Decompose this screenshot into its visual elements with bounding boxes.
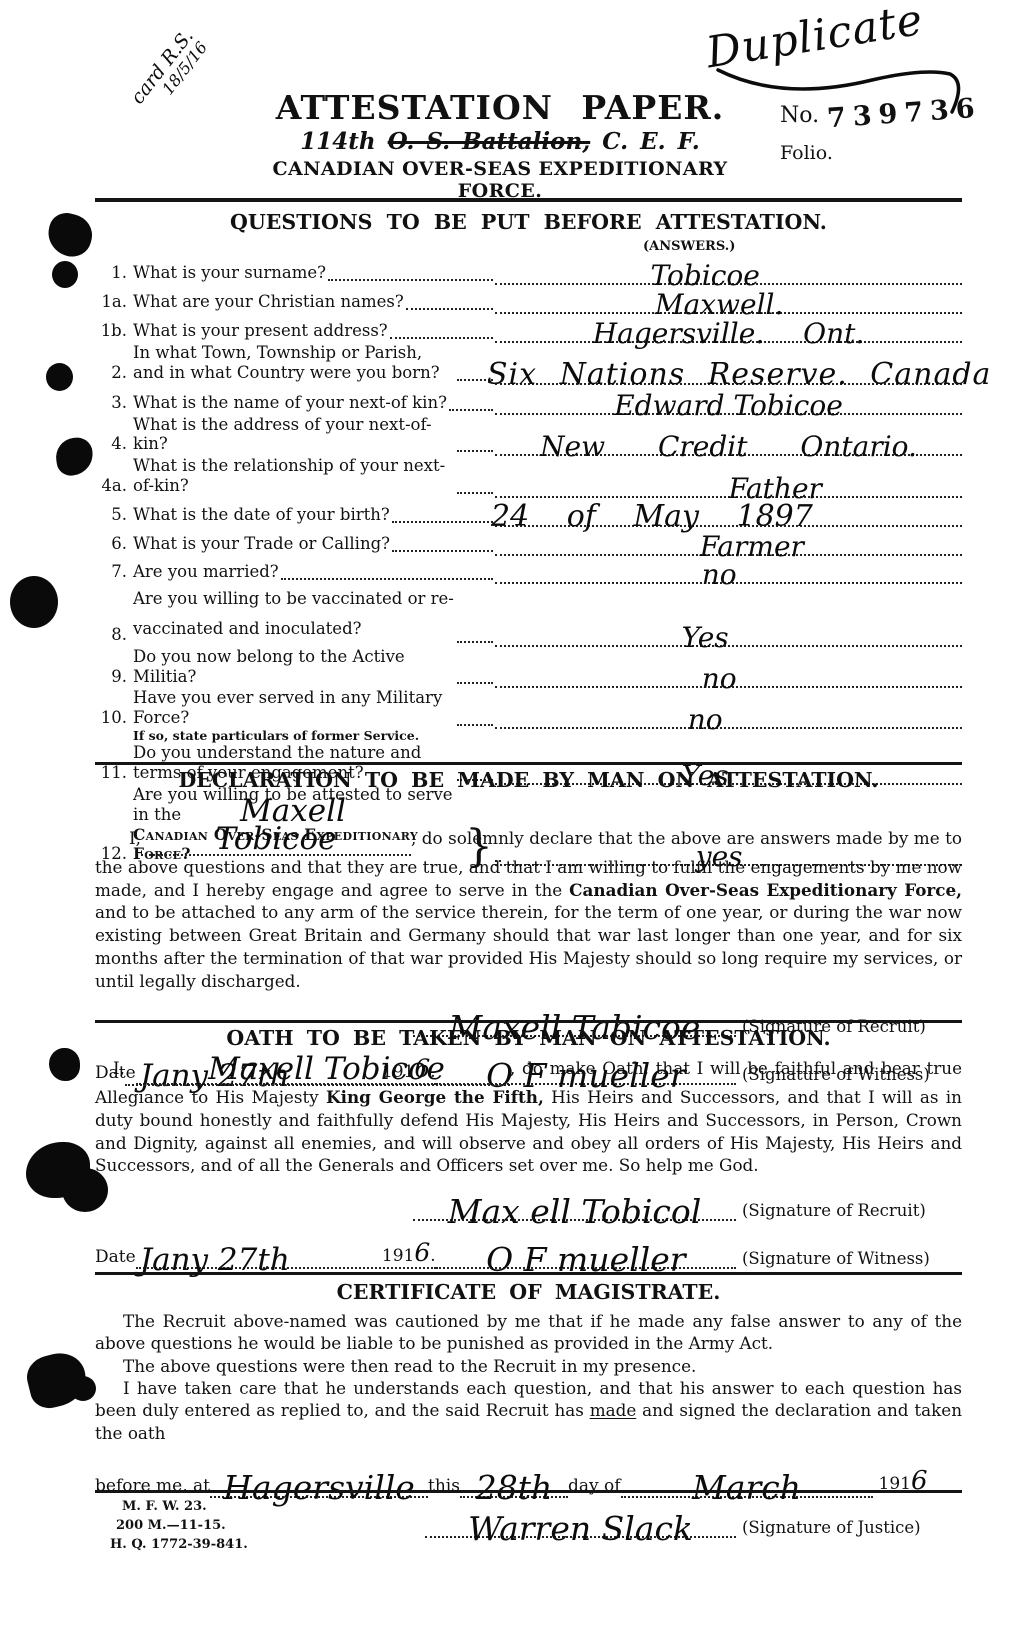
question-text: Do you now belong to the Active Militia?	[133, 647, 455, 689]
handwritten-answer: Tobicoe	[650, 262, 759, 290]
certificate-title: CERTIFICATE OF MAGISTRATE.	[95, 1280, 962, 1304]
answer-line: Father	[495, 496, 962, 498]
handwritten-answer: no	[688, 706, 723, 734]
handwritten-answer: Yes	[682, 624, 729, 652]
ink-blot	[62, 1168, 108, 1212]
handwritten-answer: New Credit Ontario.	[540, 433, 917, 461]
oath-date-row: Date Jany 27th 1916. O F mueller (Signat…	[95, 1231, 962, 1269]
oath-name-handwritten: Maxell Tobicoe	[125, 1056, 510, 1086]
answer-line: Hagersville. Ont.	[495, 341, 962, 343]
witness-signature-line: O F mueller	[436, 1267, 736, 1269]
attestation-paper-document: card R.S. 18/5/16 Duplicate ATTESTATION …	[0, 0, 1013, 1632]
justice-signature-handwritten: Warren Slack	[468, 1512, 693, 1545]
form-code-line-3: H. Q. 1772-39-841.	[110, 1536, 248, 1555]
declaration-bold-force: Canadian Over-Seas Expeditionary Force,	[569, 880, 962, 900]
oath-section: OATH TO BE TAKEN BY MAN ON ATTESTATION. …	[95, 1026, 962, 1269]
answer-line: 24 of May 1897	[495, 525, 962, 527]
serial-number-stamp: 739736	[826, 93, 983, 135]
day-handwritten: 28th	[476, 1471, 553, 1504]
dotted-leader	[392, 521, 493, 523]
month-handwritten: March	[692, 1471, 801, 1504]
date-handwritten: Jany 27th	[140, 1247, 290, 1273]
question-number: 7.	[95, 562, 133, 584]
question-text: In what Town, Township or Parish, and in…	[133, 343, 455, 385]
handwritten-answer: Farmer	[700, 533, 804, 561]
question-row-10: 10.Have you ever served in any Military …	[95, 688, 962, 743]
question-text: What is your present address?	[133, 321, 388, 343]
question-number: 5.	[95, 505, 133, 527]
dotted-leader	[392, 550, 493, 552]
question-number: 3.	[95, 393, 133, 415]
question-number: 9.	[95, 667, 133, 689]
certificate-paragraph-3: I have taken care that he understands ea…	[95, 1377, 962, 1444]
this-label: this	[428, 1476, 460, 1498]
questions-section-title: QUESTIONS TO BE PUT BEFORE ATTESTATION.	[95, 210, 962, 234]
ink-blot	[54, 436, 96, 478]
question-note: If so, state particulars of former Servi…	[133, 728, 495, 743]
month-line: March	[621, 1496, 873, 1498]
dotted-leader	[457, 682, 493, 684]
form-code-line-1: M. F. W. 23.	[122, 1498, 248, 1517]
handwritten-answer: no	[702, 665, 737, 693]
question-number: 2.	[95, 363, 133, 385]
ink-blot	[52, 261, 78, 288]
handwritten-answer: 24 of May 1897	[491, 502, 813, 532]
answer-line: Maxwell.	[495, 312, 962, 314]
question-row-9: 9.Do you now belong to the Active Militi…	[95, 647, 962, 689]
question-text: What is the address of your next-of-kin?	[133, 415, 455, 457]
ink-blot	[44, 209, 97, 260]
dotted-leader	[457, 450, 493, 452]
question-number: 6.	[95, 534, 133, 556]
question-row-1a: 1a.What are your Christian names? Maxwel…	[95, 285, 962, 314]
question-row-7: 7.Are you married? no	[95, 556, 962, 584]
answer-line: Farmer	[495, 554, 962, 556]
document-title: ATTESTATION PAPER.	[230, 88, 770, 127]
signature-of-witness-label: (Signature of Witness)	[742, 1249, 962, 1269]
declaration-paragraph: I,Maxell Tobicoe, do solemnly declare th…	[95, 798, 962, 993]
question-number: 4a.	[95, 476, 133, 498]
justice-signature-line: Warren Slack	[425, 1536, 736, 1538]
recruit-signature-handwritten: Max ell Tobicol	[448, 1195, 702, 1228]
question-number: 1a.	[95, 292, 133, 314]
no-label: No.	[780, 103, 819, 128]
dotted-leader	[281, 578, 493, 580]
question-row-1: 1.What is your surname? Tobicoe	[95, 256, 962, 285]
oath-paragraph: I,Maxell Tobicoe, do make Oath, that I w…	[95, 1056, 962, 1177]
oath-divider-rule	[95, 1020, 962, 1023]
battalion-number: 114th	[300, 128, 375, 155]
year-printed: 191	[382, 1246, 414, 1266]
period: .	[430, 1246, 435, 1266]
answer-line: Edward Tobicoe	[495, 413, 962, 415]
handwritten-answer: no	[702, 561, 737, 589]
question-text: What is the date of your birth?	[133, 505, 390, 527]
declaration-divider-rule	[95, 762, 962, 765]
certificate-paragraph-1: The Recruit above-named was cautioned by…	[95, 1310, 962, 1355]
oath-recruit-signature-row: Max ell Tobicol (Signature of Recruit)	[95, 1185, 962, 1221]
ink-blot	[70, 1376, 96, 1401]
footer-divider-rule	[95, 1490, 962, 1493]
handwritten-answer: Edward Tobicoe	[614, 392, 843, 420]
dotted-leader	[457, 641, 493, 643]
document-subtitle: CANADIAN OVER-SEAS EXPEDITIONARY FORCE.	[230, 158, 770, 202]
i-label: I,	[113, 1058, 125, 1078]
question-text: What are your Christian names?	[133, 292, 404, 314]
answer-line: no	[495, 686, 962, 688]
serial-number-block: No.739736	[780, 98, 982, 129]
answer-line: New Credit Ontario.	[495, 454, 962, 456]
question-text: Are you willing to be vaccinated or re-v…	[133, 584, 455, 647]
question-row-1b: 1b.What is your present address? Hagersv…	[95, 314, 962, 343]
day-of-label: day of	[568, 1476, 621, 1498]
before-me-label: before me, at	[95, 1476, 210, 1498]
folio-label: Folio.	[780, 142, 833, 164]
question-row-5: 5.What is the date of your birth? 24 of …	[95, 498, 962, 527]
question-text: What is your Trade or Calling?	[133, 534, 390, 556]
answer-line: no	[495, 727, 962, 729]
question-text: Have you ever served in any Military For…	[133, 688, 455, 730]
question-number: 8.	[95, 625, 133, 647]
battalion-suffix: C. E. F.	[602, 128, 699, 155]
date-label: Date	[95, 1247, 136, 1269]
signature-line: Max ell Tobicol	[413, 1219, 736, 1221]
question-text: What is the relationship of your next-of…	[133, 456, 455, 498]
handwritten-answer: Six Nations Reserve. Canada	[487, 360, 991, 390]
declarant-name-handwritten: Maxell Tobicoe	[141, 798, 411, 856]
date-line: Jany 27th 1916.	[136, 1241, 436, 1269]
dotted-leader	[449, 409, 493, 411]
corner-handwritten-note: card R.S. 18/5/16	[128, 27, 211, 119]
question-text: What is the name of your next-of kin?	[133, 393, 447, 415]
handwritten-answer: Maxwell.	[655, 291, 784, 319]
ink-blot	[46, 363, 73, 391]
ink-blot	[49, 1048, 80, 1081]
i-label: I,	[129, 828, 141, 848]
oath-title: OATH TO BE TAKEN BY MAN ON ATTESTATION.	[95, 1026, 962, 1050]
question-number: 1b.	[95, 321, 133, 343]
handwritten-answer: Hagersville. Ont.	[593, 320, 865, 348]
answer-line: Yes	[495, 645, 962, 647]
form-code-footer: M. F. W. 23. 200 M.—11-15. H. Q. 1772-39…	[110, 1498, 248, 1555]
answer-line: no	[495, 582, 962, 584]
ink-blot	[10, 576, 58, 628]
declaration-text-2: and to be attached to any arm of the ser…	[95, 902, 962, 991]
dotted-leader	[457, 492, 493, 494]
answer-line: Six Nations Reserve. Canada	[495, 383, 962, 385]
year-digit-handwritten: 6	[414, 1238, 430, 1267]
questions-section: QUESTIONS TO BE PUT BEFORE ATTESTATION. …	[95, 210, 962, 234]
certificate-underlined-made: made	[590, 1400, 637, 1420]
dotted-leader	[457, 724, 493, 726]
oath-bold-king: King George the Fifth,	[326, 1087, 544, 1107]
form-code-line-2: 200 M.—11-15.	[116, 1517, 248, 1536]
question-text: Are you married?	[133, 562, 279, 584]
dotted-leader	[328, 279, 493, 281]
question-number: 1.	[95, 263, 133, 285]
dotted-leader	[406, 308, 493, 310]
question-number: 4.	[95, 434, 133, 456]
header-divider-rule	[95, 198, 962, 202]
declaration-title: DECLARATION TO BE MADE BY MAN ON ATTESTA…	[95, 768, 962, 792]
certificate-paragraph-2: The above questions were then read to th…	[95, 1355, 962, 1377]
answers-column-label: (ANSWERS.)	[643, 239, 735, 254]
answer-line: Tobicoe	[495, 283, 962, 285]
signature-of-justice-label: (Signature of Justice)	[742, 1518, 962, 1538]
question-row-8: 8.Are you willing to be vaccinated or re…	[95, 584, 962, 647]
battalion-struck-text: O. S. Battalion,	[388, 128, 591, 155]
certificate-divider-rule	[95, 1272, 962, 1275]
day-line: 28th	[460, 1496, 568, 1498]
dotted-leader	[390, 337, 493, 339]
question-text: What is your surname?	[133, 263, 326, 285]
battalion-line: 114th O. S. Battalion, C. E. F.	[230, 128, 770, 155]
question-number: 10.	[95, 708, 133, 730]
signature-of-recruit-label: (Signature of Recruit)	[742, 1201, 962, 1221]
place-handwritten: Hagersville	[223, 1471, 415, 1504]
